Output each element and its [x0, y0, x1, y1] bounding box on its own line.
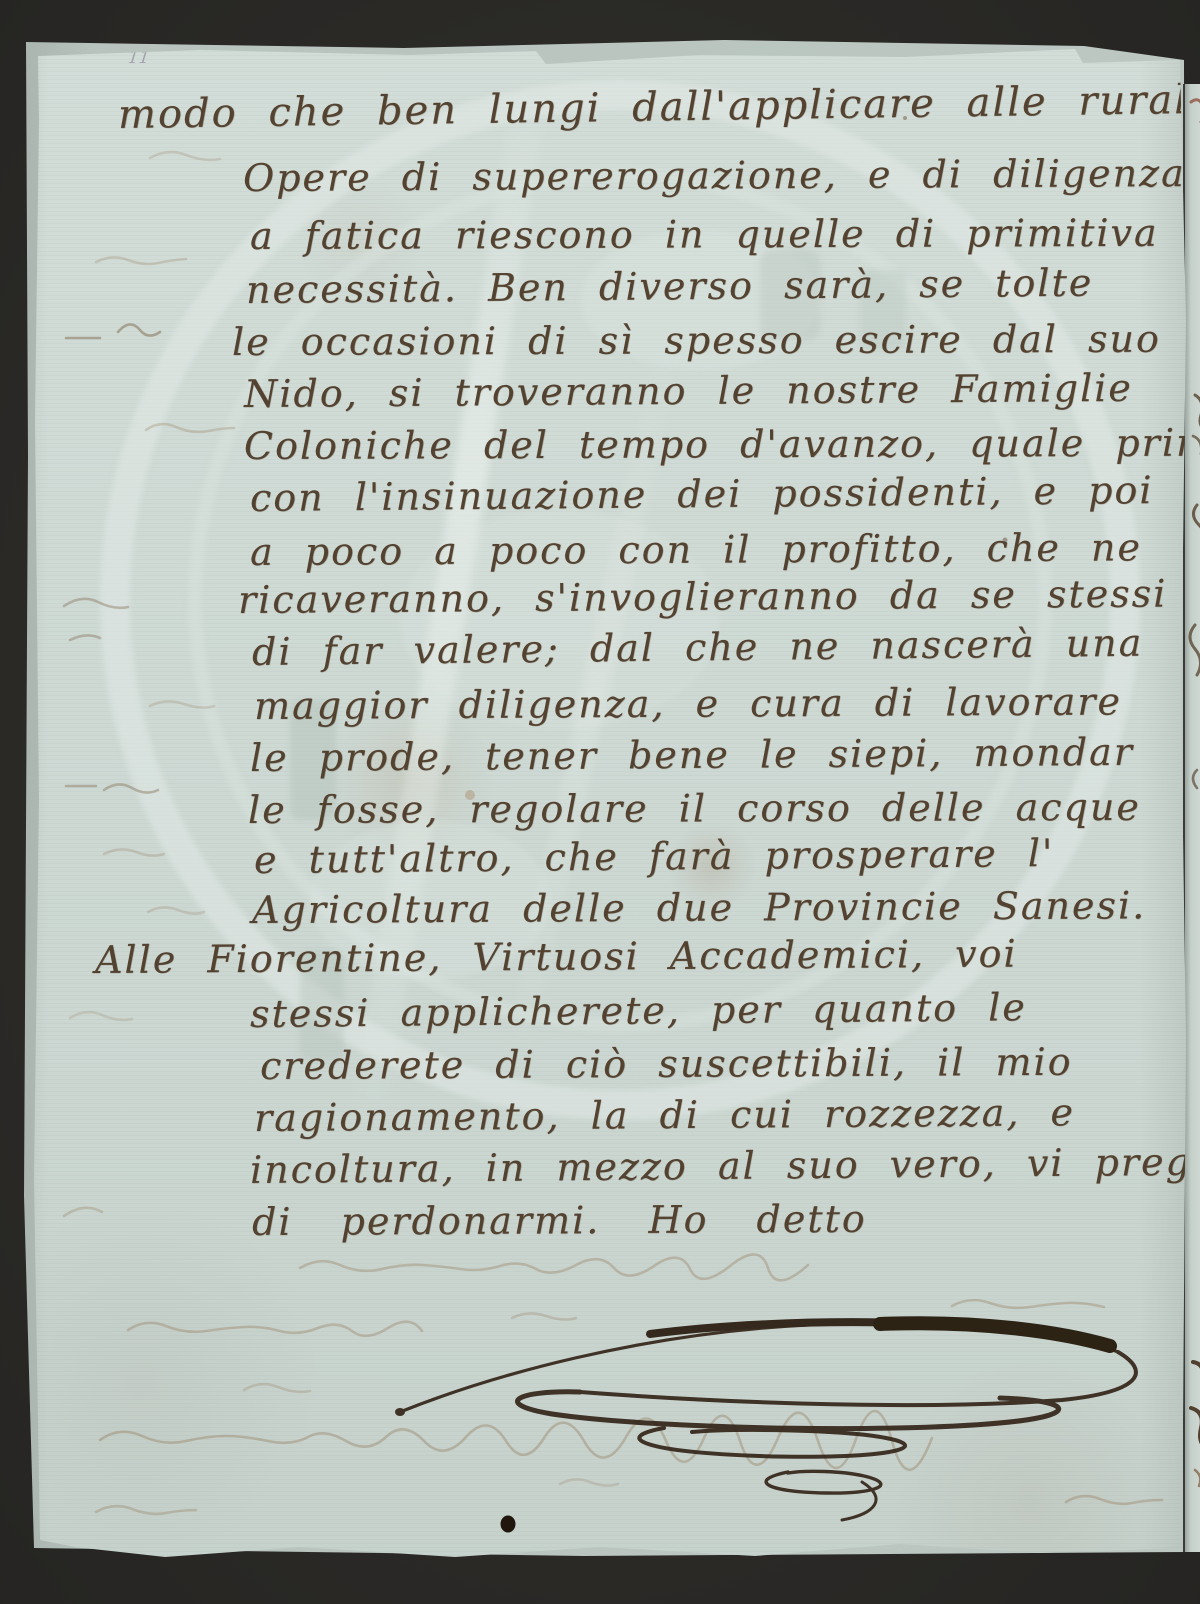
- manuscript-line: e tutt'altro, che farà prosperare l': [254, 831, 1055, 882]
- manuscript-line: a fatica riescono in quelle di primitiva: [250, 211, 1159, 258]
- manuscript-line: Coloniche del tempo d'avanzo, quale prim…: [244, 421, 1200, 468]
- manuscript-line: Agricoltura delle due Provincie Sanesi.: [252, 883, 1146, 932]
- manuscript-page: 11: [0, 0, 1200, 1604]
- manuscript-line: Nido, si troveranno le nostre Famiglie: [244, 366, 1133, 416]
- manuscript-line: ragionamento, la di cui rozzezza, e: [254, 1090, 1075, 1140]
- manuscript-scan: 11: [0, 0, 1200, 1604]
- manuscript-line: le fosse, regolare il corso delle acque: [248, 785, 1141, 832]
- manuscript-line: modo che ben lungi dall'applicare alle r…: [118, 77, 1200, 138]
- manuscript-line: a poco a poco con il profitto, che ne: [250, 525, 1142, 574]
- manuscript-line: Opere di supererogazione, e di diligenza: [243, 151, 1186, 200]
- manuscript-line: con l'insinuazione dei possidenti, e poi: [250, 468, 1154, 520]
- manuscript-line: incoltura, in mezzo al suo vero, vi preg…: [250, 1140, 1200, 1192]
- manuscript-line: le occasioni di sì spesso escire dal suo: [232, 317, 1161, 364]
- manuscript-line: di far valere; dal che ne nascerà una: [252, 621, 1144, 674]
- manuscript-line: le prode, tener bene le siepi, mondar: [250, 730, 1134, 780]
- manuscript-line: ricaveranno, s'invoglieranno da se stess…: [238, 572, 1168, 622]
- manuscript-line: di perdonarmi. Ho detto: [252, 1197, 867, 1244]
- manuscript-text: modo che ben lungi dall'applicare alle r…: [0, 0, 1200, 1604]
- manuscript-line: Alle Fiorentine, Virtuosi Accademici, vo…: [95, 932, 1018, 982]
- manuscript-line: maggior diligenza, e cura di lavorare: [254, 679, 1122, 728]
- manuscript-line: crederete di ciò suscettibili, il mio: [260, 1040, 1073, 1088]
- manuscript-line: stessi applicherete, per quanto le: [250, 985, 1027, 1036]
- manuscript-line: necessità. Ben diverso sarà, se tolte: [246, 261, 1094, 312]
- adjacent-page-ink-marks: [1185, 84, 1200, 1552]
